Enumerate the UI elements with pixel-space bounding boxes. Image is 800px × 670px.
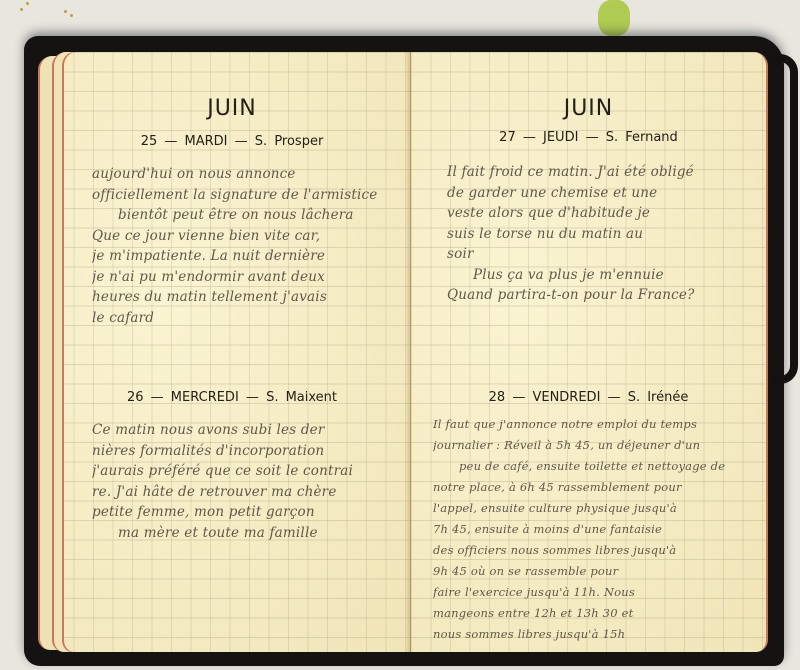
saint-name: S. Fernand <box>606 130 678 145</box>
weekday: MARDI <box>185 134 228 149</box>
day-heading: 27 — JEUDI — S. Fernand <box>411 130 766 145</box>
right-page: JUIN 27 — JEUDI — S. Fernand Il fait fro… <box>410 52 768 652</box>
saint-name: S. Prosper <box>255 134 324 149</box>
handwritten-entry: Il fait froid ce matin. J'ai été obligé … <box>447 162 752 306</box>
day-number: 26 <box>127 390 144 405</box>
weekday: JEUDI <box>543 130 578 145</box>
day-heading: 25 — MARDI — S. Prosper <box>54 134 410 149</box>
handwritten-entry: aujourd'hui on nous annonce officielleme… <box>92 164 396 328</box>
day-heading: 26 — MERCREDI — S. Maixent <box>54 390 410 405</box>
saint-name: S. Maixent <box>266 390 337 405</box>
left-page: JUIN 25 — MARDI — S. Prosper aujourd'hui… <box>52 52 410 652</box>
handwritten-entry: Il faut que j'annonce notre emploi du te… <box>433 414 752 645</box>
month-heading: JUIN <box>411 96 766 121</box>
weekday: VENDREDI <box>532 390 600 405</box>
saint-name: S. Irénée <box>628 390 689 405</box>
green-stain <box>598 0 630 36</box>
elastic-strap <box>772 54 798 384</box>
day-heading: 28 — VENDREDI — S. Irénée <box>411 390 766 405</box>
weekday: MERCREDI <box>171 390 239 405</box>
day-number: 25 <box>141 134 158 149</box>
handwritten-entry: Ce matin nous avons subi les der nières … <box>92 420 396 543</box>
ink-specks <box>18 2 78 22</box>
month-heading: JUIN <box>54 96 410 121</box>
day-number: 27 <box>499 130 516 145</box>
day-number: 28 <box>489 390 506 405</box>
